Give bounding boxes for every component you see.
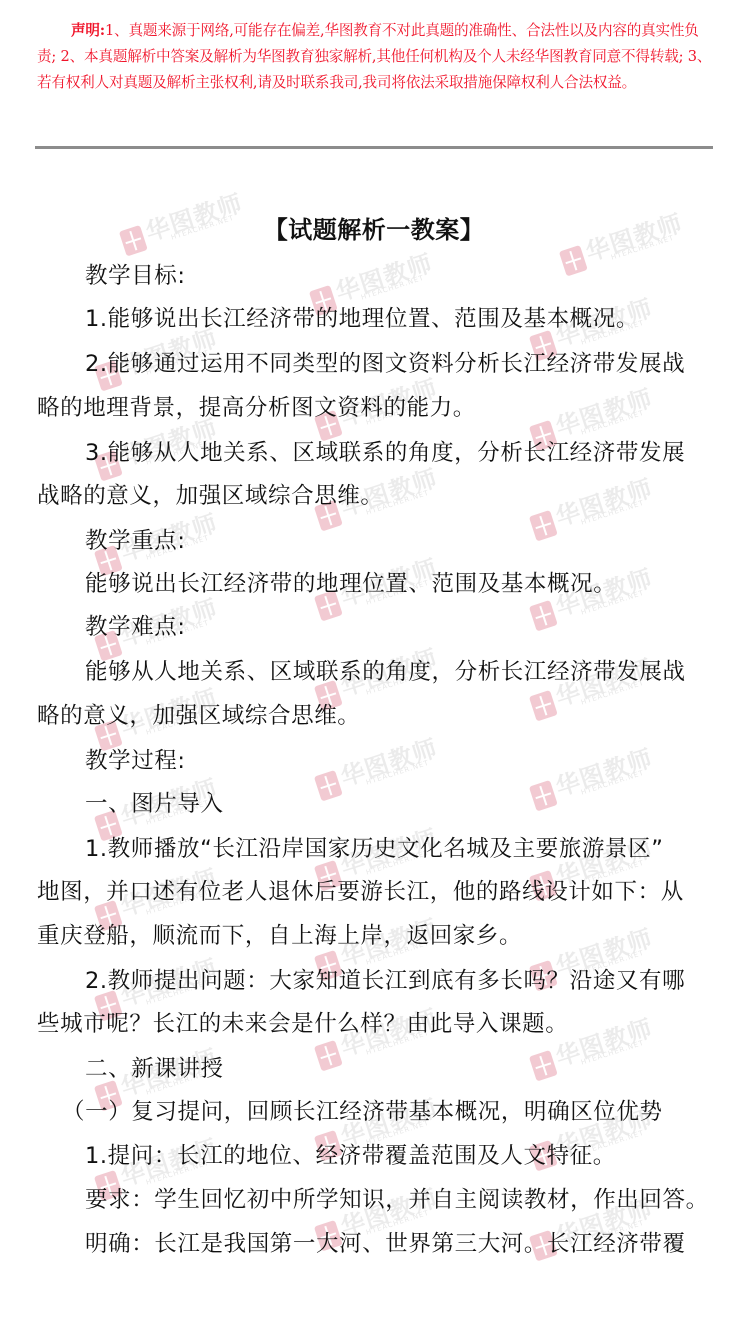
document-title: 【试题解析一教案】 — [0, 210, 748, 245]
body-line: 二、新课讲授 — [85, 1051, 224, 1083]
body-line: 些城市呢？长江的未来会是什么样？由此导入课题。 — [37, 1006, 568, 1038]
disclaimer-label: 声明: — [71, 22, 105, 39]
watermark-subtext: HTEACHER.NET — [365, 759, 430, 787]
body-line: 略的意义，加强区域综合思维。 — [37, 698, 360, 730]
body-line: 1.教师播放“长江沿岸国家历史文化名城及主要旅游景区” — [85, 831, 663, 863]
watermark-brand-icon — [529, 690, 558, 722]
body-line: 能够说出长江经济带的地理位置、范围及基本概况。 — [85, 566, 616, 598]
watermark-brand-icon — [529, 1050, 558, 1082]
watermark-text: 华图教师 — [550, 738, 656, 802]
watermark-brand-icon — [529, 600, 558, 632]
body-line: 1.提问：长江的地位、经济带覆盖范围及人文特征。 — [85, 1138, 616, 1170]
body-line: 2.能够通过运用不同类型的图文资料分析长江经济带发展战 — [85, 346, 685, 378]
body-line: 地图，并口述有位老人退休后要游长江，他的路线设计如下：从 — [37, 874, 684, 906]
body-line: 1.能够说出长江经济带的地理位置、范围及基本概况。 — [85, 301, 639, 333]
watermark-brand-icon — [529, 510, 558, 542]
body-line: 教学过程: — [85, 743, 186, 775]
watermark-subtext: HTEACHER.NET — [580, 409, 645, 437]
body-line: 重庆登船，顺流而下，自上海上岸，返回家乡。 — [37, 918, 522, 950]
watermark-brand-icon — [529, 780, 558, 812]
separator-rule — [35, 146, 713, 149]
watermark-subtext: HTEACHER.NET — [580, 769, 645, 797]
watermark-text: 华图教师 — [550, 468, 656, 532]
watermark-text: 华图教师 — [550, 378, 656, 442]
body-line: 3.能够从人地关系、区域联系的角度，分析长江经济带发展 — [85, 435, 685, 467]
body-line: 能够从人地关系、区域联系的角度，分析长江经济带发展战 — [85, 654, 686, 686]
body-line: 教学目标: — [85, 258, 186, 290]
watermark-subtext: HTEACHER.NET — [580, 1039, 645, 1067]
watermark-text: 华图教师 — [335, 728, 441, 792]
watermark-subtext: HTEACHER.NET — [580, 499, 645, 527]
disclaimer-notice: 声明:1、真题来源于网络,可能存在偏差,华图教育不对此真题的准确性、合法性以及内… — [37, 18, 713, 96]
watermark-logo: 华图教师HTEACHER.NET — [309, 721, 451, 818]
body-line: 一、图片导入 — [85, 786, 224, 818]
watermark-logo: 华图教师HTEACHER.NET — [524, 461, 666, 558]
watermark-brand-icon — [559, 245, 588, 277]
watermark-logo: 华图教师HTEACHER.NET — [524, 731, 666, 828]
body-line: 教学重点: — [85, 523, 186, 555]
body-line: （一）复习提问，回顾长江经济带基本概况，明确区位优势 — [62, 1094, 663, 1126]
watermark-subtext: HTEACHER.NET — [360, 274, 425, 302]
disclaimer-text: 1、真题来源于网络,可能存在偏差,华图教育不对此真题的准确性、合法性以及内容的真… — [37, 22, 711, 91]
body-line: 略的地理背景，提高分析图文资料的能力。 — [37, 390, 476, 422]
watermark-brand-icon — [314, 770, 343, 802]
body-line: 要求：学生回忆初中所学知识，并自主阅读教材，作出回答。 — [85, 1182, 709, 1214]
body-line: 教学难点: — [85, 609, 186, 641]
body-line: 战略的意义，加强区域综合思维。 — [37, 478, 384, 510]
body-line: 明确：长江是我国第一大河、世界第三大河。长江经济带覆 — [85, 1226, 686, 1258]
body-line: 2.教师提出问题：大家知道长江到底有多长吗？沿途又有哪 — [85, 963, 685, 995]
watermark-brand-icon — [314, 1040, 343, 1072]
watermark-text: 华图教师 — [330, 243, 436, 307]
